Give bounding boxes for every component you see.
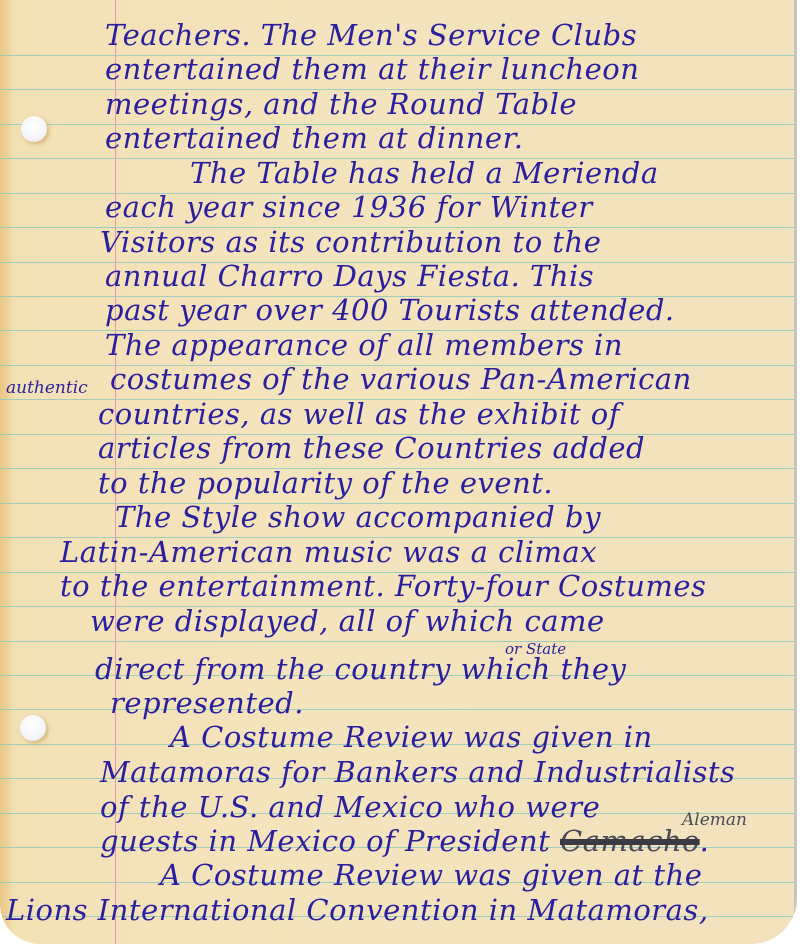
text-line: Lions International Convention in Matamo… (6, 893, 709, 927)
text-line: entertained them at their luncheon (105, 52, 639, 86)
text-line: The Style show accompanied by (115, 500, 601, 534)
text-line: annual Charro Days Fiesta. This (105, 259, 594, 293)
text-line: of the U.S. and Mexico who were (100, 790, 600, 824)
ruled-line (0, 641, 797, 642)
text-line: to the popularity of the event. (98, 466, 553, 500)
text-line: Teachers. The Men's Service Clubs (105, 18, 637, 52)
crossed-out-name: Camacho (560, 824, 700, 858)
margin-note: authentic (6, 378, 88, 398)
page-edge (794, 0, 797, 944)
notebook-page: Teachers. The Men's Service Clubs entert… (0, 0, 797, 944)
text-line: The appearance of all members in (105, 328, 623, 362)
text-line: A Costume Review was given at the (160, 858, 702, 892)
punch-hole (20, 715, 46, 741)
text-line: costumes of the various Pan-American (110, 362, 692, 396)
text-line: to the entertainment. Forty-four Costume… (60, 569, 706, 603)
text-line: entertained them at dinner. (105, 121, 523, 155)
text-line: each year since 1936 for Winter (105, 190, 593, 224)
text-line: were displayed, all of which came (90, 604, 605, 638)
text-line: meetings, and the Round Table (105, 87, 577, 121)
text-line: direct from the country which they (95, 652, 626, 686)
text-line: countries, as well as the exhibit of (98, 397, 620, 431)
text-line: Visitors as its contribution to the (100, 225, 601, 259)
text-line: Latin-American music was a climax (60, 535, 597, 569)
text-line: guests in Mexico of President Camacho. (100, 824, 709, 858)
text-fragment: guests in Mexico of President (100, 824, 550, 858)
text-line: past year over 400 Tourists attended. (105, 293, 675, 327)
text-line: Matamoras for Bankers and Industrialists (100, 755, 735, 789)
punch-hole (21, 116, 47, 142)
inserted-name: Aleman (682, 810, 747, 830)
text-line: represented. (110, 686, 304, 720)
text-line: A Costume Review was given in (170, 720, 653, 754)
text-line: The Table has held a Merienda (190, 156, 659, 190)
text-line: articles from these Countries added (98, 431, 645, 465)
